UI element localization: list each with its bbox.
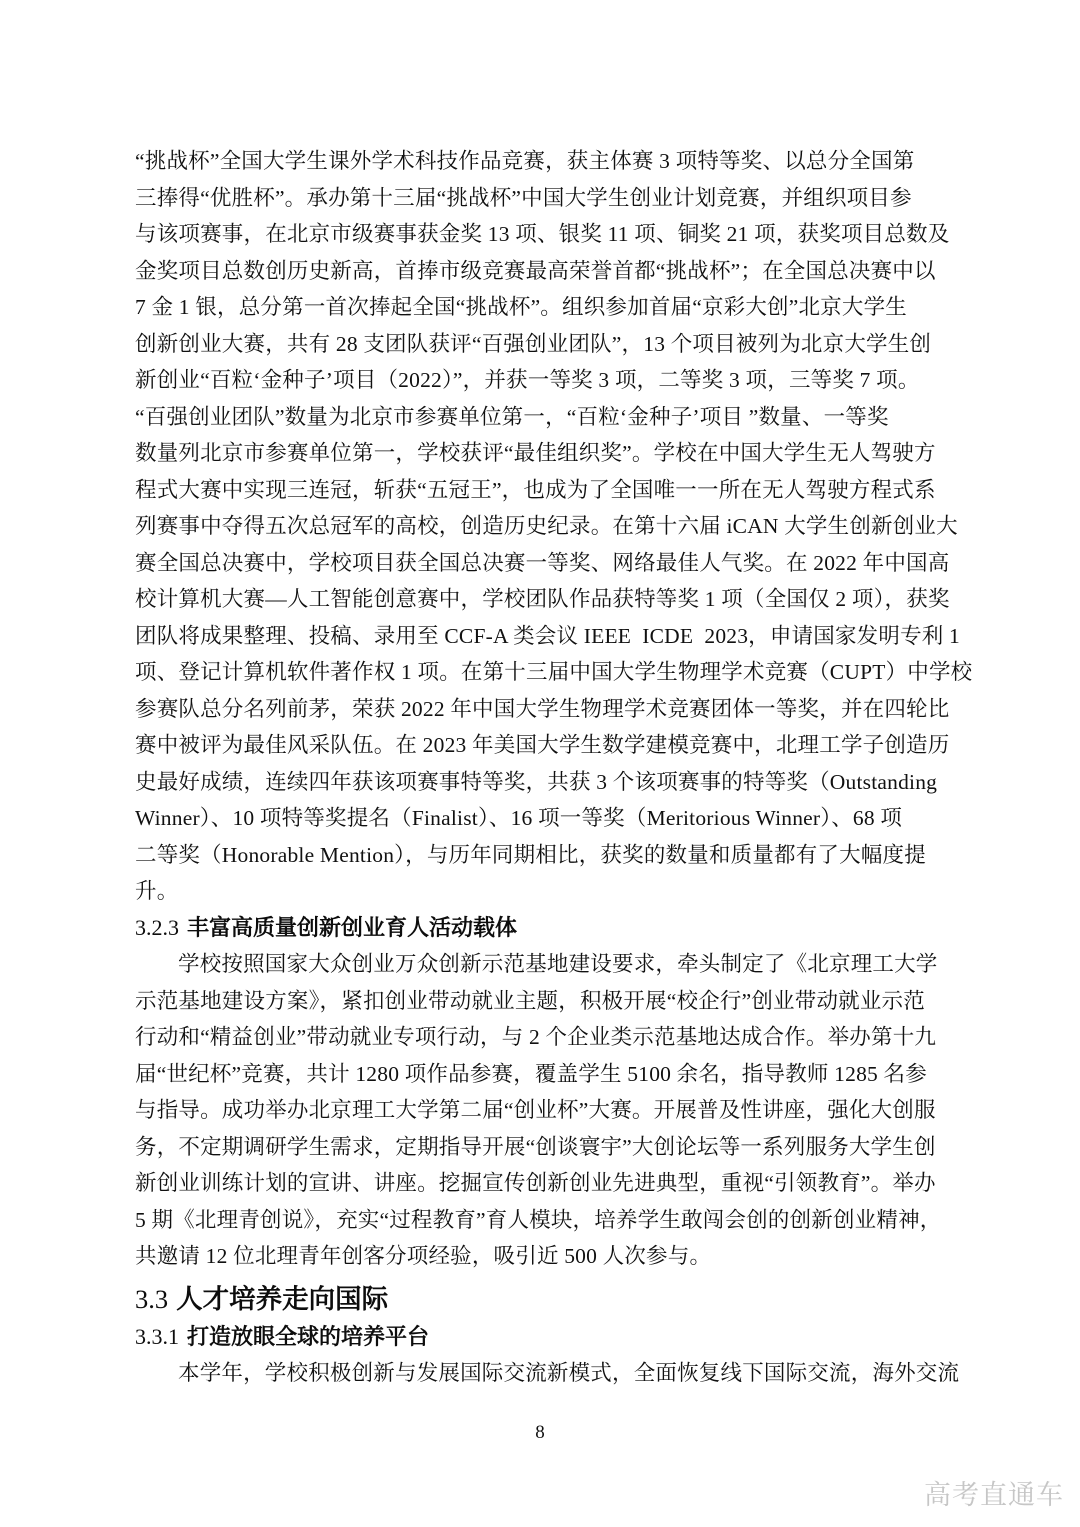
text-line: 项、登记计算机软件著作权 1 项。在第十三届中国大学生物理学术竞赛（CUPT）中… <box>135 654 965 691</box>
text-line: 行动和“精益创业”带动就业专项行动，与 2 个企业类示范基地达成合作。举办第十九 <box>135 1019 965 1056</box>
text-line: 届“世纪杯”竞赛，共计 1280 项作品参赛，覆盖学生 5100 余名，指导教师… <box>135 1056 965 1093</box>
text-line: 学校按照国家大众创业万众创新示范基地建设要求，牵头制定了《北京理工大学 <box>135 946 965 983</box>
text-line: 赛全国总决赛中，学校项目获全国总决赛一等奖、网络最佳人气奖。在 2022 年中国… <box>135 545 965 582</box>
paragraph-international: 本学年，学校积极创新与发展国际交流新模式，全面恢复线下国际交流，海外交流 <box>135 1355 965 1392</box>
text-line: 史最好成绩，连续四年获该项赛事特等奖，共获 3 个该项赛事的特等奖（Outsta… <box>135 764 965 801</box>
heading-3-3-number: 3.3 <box>135 1284 168 1314</box>
heading-3-3: 3.3人才培养走向国际 <box>135 1279 965 1319</box>
text-line: 列赛事中夺得五次总冠军的高校，创造历史纪录。在第十六届 iCAN 大学生创新创业… <box>135 508 965 545</box>
text-line: 本学年，学校积极创新与发展国际交流新模式，全面恢复线下国际交流，海外交流 <box>135 1355 965 1392</box>
text-line: 新创业“百粒‘金种子’项目（2022）”，并获一等奖 3 项，二等奖 3 项，三… <box>135 362 965 399</box>
heading-3-3-1-number: 3.3.1 <box>135 1324 179 1349</box>
heading-3-2-3-number: 3.2.3 <box>135 915 179 940</box>
text-line: 数量列北京市参赛单位第一，学校获评“最佳组织奖”。学校在中国大学生无人驾驶方 <box>135 435 965 472</box>
text-line: 与该项赛事，在北京市级赛事获金奖 13 项、银奖 11 项、铜奖 21 项，获奖… <box>135 216 965 253</box>
text-line: 创新创业大赛，共有 28 支团队获评“百强创业团队”，13 个项目被列为北京大学… <box>135 326 965 363</box>
text-line: 5 期《北理青创说》，充实“过程教育”育人模块，培养学生敢闯会创的创新创业精神， <box>135 1202 965 1239</box>
text-line: 示范基地建设方案》，紧扣创业带动就业主题，积极开展“校企行”创业带动就业示范 <box>135 983 965 1020</box>
text-line: “挑战杯”全国大学生课外学术科技作品竞赛，获主体赛 3 项特等奖、以总分全国第 <box>135 143 965 180</box>
text-line: 参赛队总分名列前茅，荣获 2022 年中国大学生物理学术竞赛团体一等奖，并在四轮… <box>135 691 965 728</box>
text-line: 金奖项目总数创历史新高，首捧市级竞赛最高荣誉首都“挑战杯”；在全国总决赛中以 <box>135 253 965 290</box>
heading-3-2-3: 3.2.3丰富高质量创新创业育人活动载体 <box>135 910 965 947</box>
text-line: 二等奖（Honorable Mention），与历年同期相比，获奖的数量和质量都… <box>135 837 965 874</box>
text-line: “百强创业团队”数量为北京市参赛单位第一，“百粒‘金种子’项目 ”数量、一等奖 <box>135 399 965 436</box>
page-number: 8 <box>0 1420 1080 1446</box>
text-line: 校计算机大赛—人工智能创意赛中，学校团队作品获特等奖 1 项（全国仅 2 项），… <box>135 581 965 618</box>
text-line: 新创业训练计划的宣讲、讲座。挖掘宣传创新创业先进典型，重视“引领教育”。举办 <box>135 1165 965 1202</box>
text-line: 赛中被评为最佳风采队伍。在 2023 年美国大学生数学建模竞赛中，北理工学子创造… <box>135 727 965 764</box>
document-page: “挑战杯”全国大学生课外学术科技作品竞赛，获主体赛 3 项特等奖、以总分全国第三… <box>0 0 1080 1527</box>
paragraph-competitions: “挑战杯”全国大学生课外学术科技作品竞赛，获主体赛 3 项特等奖、以总分全国第三… <box>135 143 965 910</box>
text-line: 7 金 1 银，总分第一首次捧起全国“挑战杯”。组织参加首届“京彩大创”北京大学… <box>135 289 965 326</box>
text-line: 程式大赛中实现三连冠，斩获“五冠王”，也成为了全国唯一一所在无人驾驶方程式系 <box>135 472 965 509</box>
text-line: 与指导。成功举办北京理工大学第二届“创业杯”大赛。开展普及性讲座，强化大创服 <box>135 1092 965 1129</box>
watermark: 高考直通车 <box>924 1478 1064 1512</box>
heading-3-3-1: 3.3.1打造放眼全球的培养平台 <box>135 1319 965 1356</box>
heading-3-2-3-text: 丰富高质量创新创业育人活动载体 <box>187 915 517 940</box>
paragraph-activities: 学校按照国家大众创业万众创新示范基地建设要求，牵头制定了《北京理工大学示范基地建… <box>135 946 965 1275</box>
text-line: Winner）、10 项特等奖提名（Finalist）、16 项一等奖（Meri… <box>135 800 965 837</box>
text-line: 务，不定期调研学生需求，定期指导开展“创谈寰宇”大创论坛等一系列服务大学生创 <box>135 1129 965 1166</box>
heading-3-3-1-text: 打造放眼全球的培养平台 <box>187 1324 429 1349</box>
text-column: “挑战杯”全国大学生课外学术科技作品竞赛，获主体赛 3 项特等奖、以总分全国第三… <box>135 143 965 1392</box>
text-line: 共邀请 12 位北理青年创客分项经验，吸引近 500 人次参与。 <box>135 1238 965 1275</box>
heading-3-3-text: 人才培养走向国际 <box>176 1284 388 1314</box>
text-line: 三捧得“优胜杯”。承办第十三届“挑战杯”中国大学生创业计划竞赛，并组织项目参 <box>135 180 965 217</box>
text-line: 团队将成果整理、投稿、录用至 CCF-A 类会议 IEEE ICDE 2023，… <box>135 618 965 655</box>
text-line: 升。 <box>135 873 965 910</box>
